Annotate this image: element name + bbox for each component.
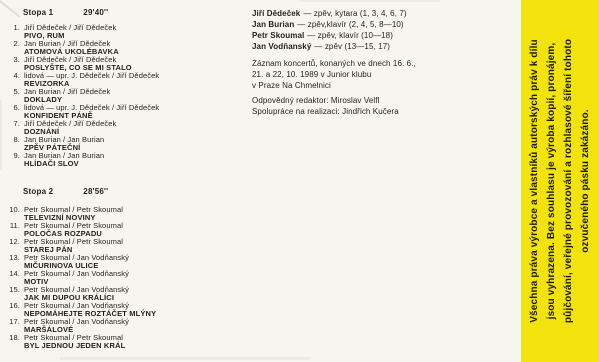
track-text: Jiří Dědeček / Jiří Dědeček POSLYŠTE, CO…	[24, 56, 132, 72]
copyright-strip-line: jsou vyhrazena. Bez souhlasu je výroba k…	[543, 43, 560, 320]
track-text: Jan Burian / Jan Burian ZPĚV PÁTEČNÍ	[24, 136, 104, 152]
track-text: Jan Burian / Jiří Dědeček DOKLADY	[24, 88, 110, 104]
track-number: 11.	[0, 222, 20, 238]
side-a-duration: 29'40''	[83, 8, 108, 17]
track-item: 2. Jan Burian / Jiří Dědeček ATOMOVÁ UKO…	[0, 40, 250, 56]
track-number: 1.	[0, 24, 20, 40]
track-item: 10. Petr Skoumal / Petr Skoumal TELEVIZN…	[0, 206, 250, 222]
track-number: 12.	[0, 238, 20, 254]
side-b-header: Stopa 228'56''	[23, 187, 250, 196]
track-item: 3. Jiří Dědeček / Jiří Dědeček POSLYŠTE,…	[0, 56, 250, 72]
track-text: Petr Skoumal / Petr Skoumal TELEVIZNÍ NO…	[24, 206, 123, 222]
side-b-duration: 28'56''	[83, 187, 108, 196]
track-item: 13. Petr Skoumal / Jan Vodňanský MIČURIN…	[0, 254, 250, 270]
track-text: Petr Skoumal / Jan Vodňanský MIČURINOVA …	[24, 254, 129, 270]
performer-row: Jan Burian— zpěv,klavír (2, 4, 5, 8—10)	[252, 19, 497, 30]
copyright-strip-text: Všechna práva výrobce a vlastníků autors…	[521, 0, 599, 362]
performer-list: Jiří Dědeček— zpěv, kytara (1, 3, 4, 6, …	[252, 8, 497, 52]
side-b-label: Stopa 2	[23, 187, 53, 196]
track-number: 5.	[0, 88, 20, 104]
staff-credits: Odpovědný redaktor: Miroslav Velfl Spolu…	[252, 95, 497, 117]
track-number: 2.	[0, 40, 20, 56]
track-text: Petr Skoumal / Petr Skoumal STAREJ PÁN	[24, 238, 123, 254]
cassette-inlay-card: Stopa 129'40'' 1. Jiří Dědeček / Jiří Dě…	[0, 0, 599, 362]
track-item: 15. Petr Skoumal / Jan Vodňanský JAK MI …	[0, 286, 250, 302]
track-item: 12. Petr Skoumal / Petr Skoumal STAREJ P…	[0, 238, 250, 254]
track-number: 9.	[0, 152, 20, 168]
track-title: BYL JEDNOU JEDEN KRÁL	[24, 342, 125, 350]
track-text: Petr Skoumal / Petr Skoumal BYL JEDNOU J…	[24, 334, 125, 350]
track-number: 15.	[0, 286, 20, 302]
track-text: Petr Skoumal / Jan Vodňanský MARŠÁLOVÉ	[24, 318, 129, 334]
track-text: lidová — upr. J. Dědeček / Jiří Dědeček …	[24, 104, 159, 120]
copyright-strip-line: ozvučeného pásku zakázáno.	[577, 109, 594, 252]
track-number: 10.	[0, 206, 20, 222]
track-number: 17.	[0, 318, 20, 334]
track-text: Petr Skoumal / Petr Skoumal POLOČAS ROZP…	[24, 222, 123, 238]
track-number: 3.	[0, 56, 20, 72]
performer-row: Petr Skoumal— zpěv, klavír (10—18)	[252, 30, 497, 41]
track-text: Petr Skoumal / Jan Vodňanský MOTIV	[24, 270, 129, 286]
track-text: Petr Skoumal / Jan Vodňanský JAK MI DUPO…	[24, 286, 129, 302]
recording-note: Záznam koncertů, konaných ve dnech 16. 6…	[252, 58, 497, 91]
track-item: 17. Petr Skoumal / Jan Vodňanský MARŠÁLO…	[0, 318, 250, 334]
track-text: Petr Skoumal / Jan Vodňanský NEPOMÁHEJTE…	[24, 302, 156, 318]
track-number: 6.	[0, 104, 20, 120]
track-text: Jiří Dědeček / Jiří Dědeček PIVO, RUM	[24, 24, 116, 40]
performer-name: Jiří Dědeček	[252, 9, 300, 18]
scan-smudge	[60, 357, 310, 360]
track-number: 14.	[0, 270, 20, 286]
performer-role: — zpěv (13—15, 17)	[314, 42, 390, 51]
track-number: 4.	[0, 72, 20, 88]
track-item: 8. Jan Burian / Jan Burian ZPĚV PÁTEČNÍ	[0, 136, 250, 152]
track-text: Jan Burian / Jiří Dědeček ATOMOVÁ UKOLÉB…	[24, 40, 119, 56]
track-number: 13.	[0, 254, 20, 270]
side-b-section: Stopa 228'56'' 10. Petr Skoumal / Petr S…	[0, 187, 250, 350]
track-item: 14. Petr Skoumal / Jan Vodňanský MOTIV	[0, 270, 250, 286]
track-item: 5. Jan Burian / Jiří Dědeček DOKLADY	[0, 88, 250, 104]
text-line: Záznam koncertů, konaných ve dnech 16. 6…	[252, 58, 497, 69]
scan-smudge	[300, 0, 440, 2]
track-item: 18. Petr Skoumal / Petr Skoumal BYL JEDN…	[0, 334, 250, 350]
performer-role: — zpěv, klavír (10—18)	[307, 31, 393, 40]
performer-row: Jan Vodňanský— zpěv (13—15, 17)	[252, 41, 497, 52]
text-line: v Praze Na Chmelnici	[252, 80, 497, 91]
track-title: HLÍDAČI SLOV	[24, 160, 104, 168]
track-item: 11. Petr Skoumal / Petr Skoumal POLOČAS …	[0, 222, 250, 238]
track-text: lidová — upr. J. Dědeček / Jiří Dědeček …	[24, 72, 159, 88]
copyright-strip-line: Všechna práva výrobce a vlastníků autors…	[526, 39, 543, 323]
track-text: Jan Burian / Jan Burian HLÍDAČI SLOV	[24, 152, 104, 168]
text-line: Spolupráce na realizaci: Jindřich Kučera	[252, 106, 497, 117]
track-number: 8.	[0, 136, 20, 152]
side-a-section: Stopa 129'40'' 1. Jiří Dědeček / Jiří Dě…	[0, 8, 250, 168]
text-line: 21. a 22, 10. 1989 v Junior klubu	[252, 69, 497, 80]
track-text: Jiří Dědeček / Jiří Dědeček DOZNÁNÍ	[24, 120, 116, 136]
track-item: 7. Jiří Dědeček / Jiří Dědeček DOZNÁNÍ	[0, 120, 250, 136]
performer-name: Jan Vodňanský	[252, 42, 311, 51]
track-item: 4. lidová — upr. J. Dědeček / Jiří Dědeč…	[0, 72, 250, 88]
side-a-track-list: 1. Jiří Dědeček / Jiří Dědeček PIVO, RUM…	[0, 24, 250, 168]
side-a-label: Stopa 1	[23, 8, 53, 17]
copyright-strip-line: půjčování, veřejné provozování a rozhlas…	[560, 39, 577, 323]
side-a-header: Stopa 129'40''	[23, 8, 250, 17]
track-number: 16.	[0, 302, 20, 318]
track-item: 9. Jan Burian / Jan Burian HLÍDAČI SLOV	[0, 152, 250, 168]
performer-role: — zpěv, kytara (1, 3, 4, 6, 7)	[303, 9, 406, 18]
side-b-track-list: 10. Petr Skoumal / Petr Skoumal TELEVIZN…	[0, 206, 250, 350]
text-line: Odpovědný redaktor: Miroslav Velfl	[252, 95, 497, 106]
credits-column: Jiří Dědeček— zpěv, kytara (1, 3, 4, 6, …	[252, 8, 497, 117]
track-item: 1. Jiří Dědeček / Jiří Dědeček PIVO, RUM	[0, 24, 250, 40]
performer-role: — zpěv,klavír (2, 4, 5, 8—10)	[297, 20, 403, 29]
performer-name: Jan Burian	[252, 20, 294, 29]
performer-name: Petr Skoumal	[252, 31, 304, 40]
copyright-strip: Všechna práva výrobce a vlastníků autors…	[521, 0, 599, 362]
track-item: 6. lidová — upr. J. Dědeček / Jiří Dědeč…	[0, 104, 250, 120]
track-number: 7.	[0, 120, 20, 136]
performer-row: Jiří Dědeček— zpěv, kytara (1, 3, 4, 6, …	[252, 8, 497, 19]
track-number: 18.	[0, 334, 20, 350]
track-item: 16. Petr Skoumal / Jan Vodňanský NEPOMÁH…	[0, 302, 250, 318]
